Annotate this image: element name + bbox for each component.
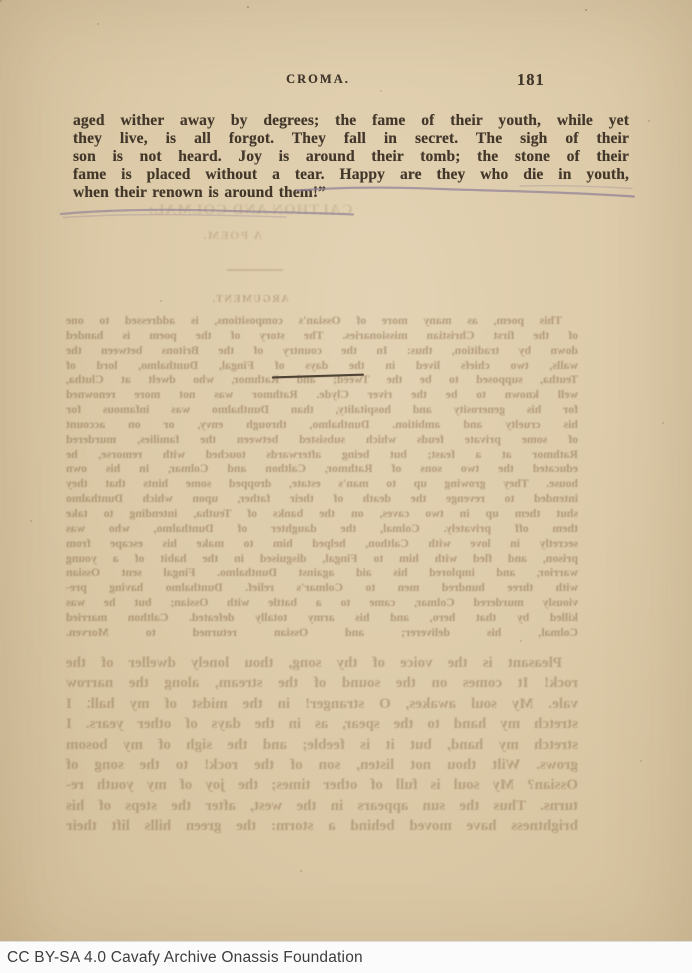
bleedthrough-line: them off privately. Colmal, the daughter… — [66, 521, 578, 536]
bleedthrough-line: walls, two chiefs lived in the days of F… — [66, 358, 578, 373]
bleedthrough-argument-text: This poem, as many more of Ossian's comp… — [66, 313, 578, 640]
bleedthrough-line: for his generosity and hospitality, than… — [66, 402, 578, 417]
bleedthrough-line: educated the two sons of Rathmor, Caltho… — [66, 461, 578, 476]
bleedthrough-line: rock! It comes on the sound of the strea… — [66, 673, 578, 693]
bleedthrough-title: CALTHON AND COLMAL: — [130, 202, 370, 219]
bleedthrough-line: down by tradition, thus: In the country … — [66, 343, 578, 358]
bleedthrough-line: killed by that hero, and his army totall… — [66, 610, 578, 625]
bleedthrough-line: stretch my hand to the spear, as in the … — [66, 714, 578, 734]
page-number: 181 — [517, 70, 545, 90]
body-line: they live, is all forgot. They fall in s… — [73, 130, 629, 148]
bleedthrough-line: brightness have moved behind a storm: th… — [66, 816, 578, 836]
bleedthrough-line: stretch my hand, but it is feeble; and t… — [66, 735, 578, 755]
bleedthrough-line: intended to revenge the death of their f… — [66, 491, 578, 506]
body-line: when their renown is around them!” — [73, 184, 629, 202]
scanned-book-page: CALTHON AND COLMAL: A POEM. ARGUMENT. Th… — [0, 0, 692, 973]
bleedthrough-line: Rathmor at a feast; but being afterwards… — [66, 447, 578, 462]
bleedthrough-line: Colmal, his deliverer; and Ossian return… — [66, 625, 578, 640]
bleedthrough-line: warrior, and implored his aid against Du… — [66, 565, 578, 580]
bleedthrough-line: house. They growing up to man's estate, … — [66, 476, 578, 491]
body-paragraph: aged wither away by degrees; the fame of… — [73, 112, 629, 202]
bleedthrough-line: Ossian? My soul is full of other times; … — [66, 775, 578, 795]
bleedthrough-line: with three hundred men to Colmar's relie… — [66, 580, 578, 595]
bleedthrough-line: Pleasant is the voice of thy song, thou … — [66, 653, 578, 673]
bleedthrough-line: his cruelty and ambition. Dunthalmo, thr… — [66, 417, 578, 432]
bleedthrough-rule — [227, 269, 283, 271]
paper-speckles — [0, 0, 2, 2]
bleedthrough-line: prison, and fled with him to Fingal, dis… — [66, 551, 578, 566]
bleedthrough-poem-text: Pleasant is the voice of thy song, thou … — [66, 653, 578, 837]
bleedthrough-line: vale. My soul awakes, O stranger! in the… — [66, 694, 578, 714]
bleedthrough-subtitle: A POEM. — [152, 228, 312, 243]
license-text: CC BY-SA 4.0 Cavafy Archive Onassis Foun… — [7, 949, 363, 967]
bleedthrough-line: shut them up in two caves, on the banks … — [66, 506, 578, 521]
bleedthrough-line: of the first Christian missionaries. The… — [66, 328, 578, 343]
body-line: fame is placed without a tear. Happy are… — [73, 166, 629, 184]
body-line: son is not heard. Joy is around their to… — [73, 148, 629, 166]
license-bar: CC BY-SA 4.0 Cavafy Archive Onassis Foun… — [0, 941, 692, 973]
body-line: aged wither away by degrees; the fame of… — [73, 112, 629, 130]
bleedthrough-line: of some private feuds which subsisted be… — [66, 432, 578, 447]
bleedthrough-line: This poem, as many more of Ossian's comp… — [66, 313, 578, 328]
bleedthrough-line: well known to be the river Clyde. Rathmo… — [66, 387, 578, 402]
end-of-section-rule — [272, 374, 364, 379]
bleedthrough-line: secretly in love with Calthon, helped hi… — [66, 536, 578, 551]
bleedthrough-line: viously murdered Colmar, came to a battl… — [66, 595, 578, 610]
bleedthrough-argument-heading: ARGUMENT. — [170, 294, 330, 305]
running-head: CROMA. — [36, 72, 600, 87]
bleedthrough-line: grows. Wilt thou not listen, son of the … — [66, 755, 578, 775]
bleedthrough-line: turns. Thus the sun appears in the west,… — [66, 796, 578, 816]
